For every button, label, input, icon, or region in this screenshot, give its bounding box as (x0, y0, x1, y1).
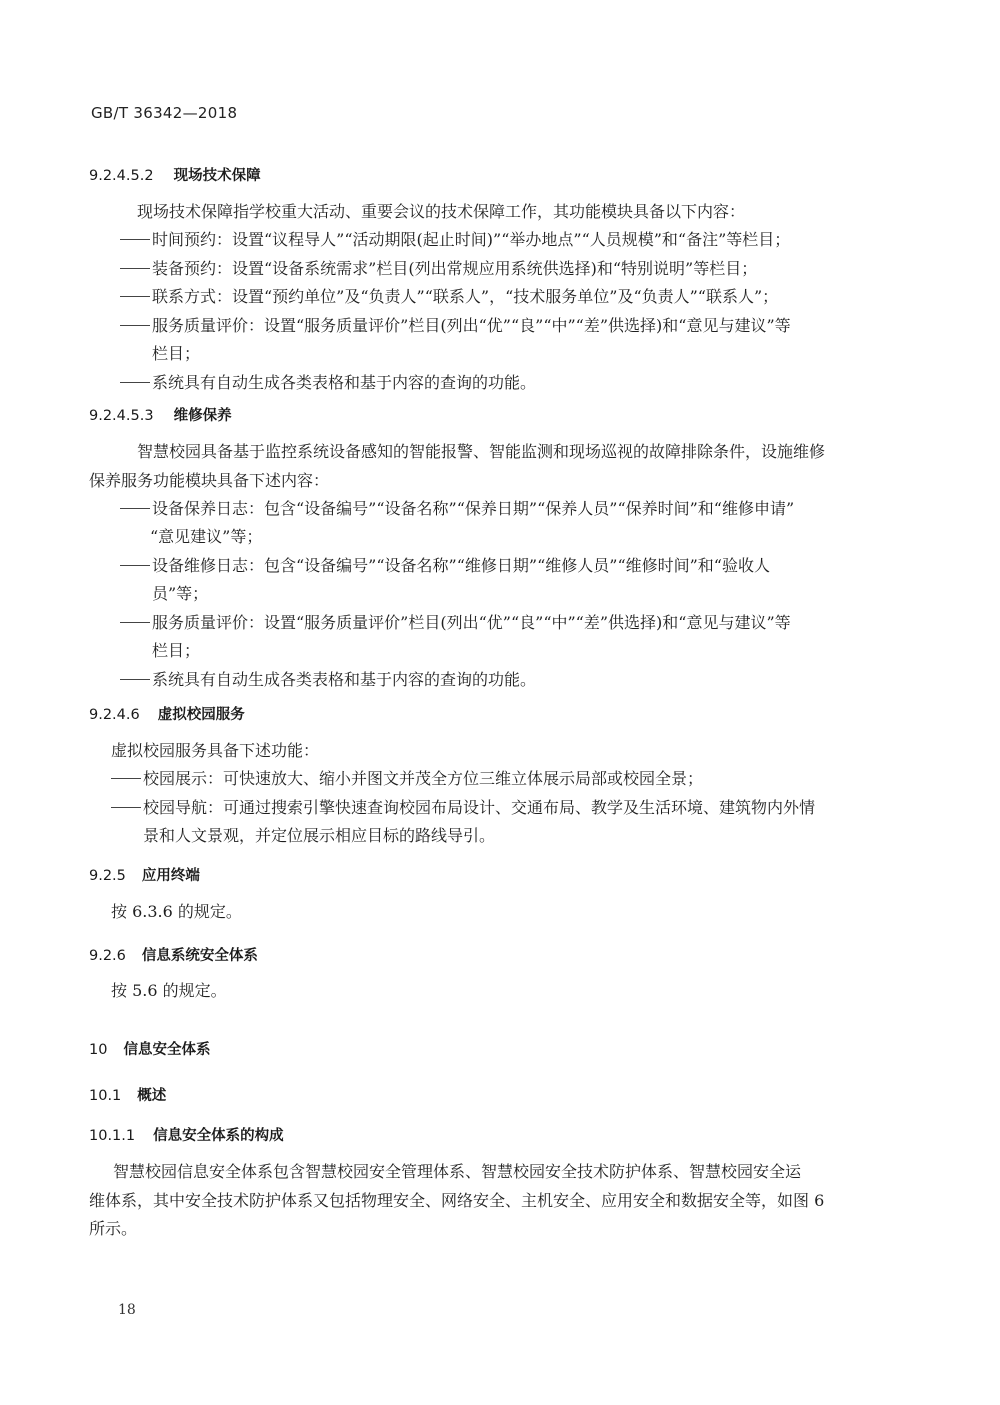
section-heading-9-2-4-6: 9.2.4.6虚拟校园服务 (89, 703, 245, 724)
paragraph-intro: 虚拟校园服务具备下述功能： (111, 737, 319, 766)
list-item-text: 联系方式：设置“预约单位”及“负责人”“联系人”，“技术服务单位”及“负责人”“… (152, 287, 778, 306)
list-item: 服务质量评价：设置“服务质量评价”栏目(列出“优”“良”“中”“差”供选择)和“… (120, 312, 791, 341)
list-item: 时间预约：设置“议程导人”“活动期限(起止时间)”“举办地点”“人员规模”和“备… (120, 226, 790, 255)
section-heading-9-2-5: 9.2.5应用终端 (89, 864, 200, 885)
section-title: 现场技术保障 (174, 168, 261, 184)
section-number: 9.2.5 (89, 868, 126, 884)
list-item-text: 装备预约：设置“设备系统需求”栏目(列出常规应用系统供选择)和“特别说明”等栏目… (152, 259, 757, 278)
section-number: 9.2.4.5.2 (89, 168, 154, 184)
paragraph-intro-continuation: 保养服务功能模块具备下述内容： (89, 467, 329, 496)
dash-marker (120, 325, 150, 326)
list-item: 设备维修日志：包含“设备编号”“设备名称”“维修日期”“维修人员”“维修时间”和… (120, 552, 770, 581)
list-item: 联系方式：设置“预约单位”及“负责人”“联系人”，“技术服务单位”及“负责人”“… (120, 283, 778, 312)
list-item-text: 系统具有自动生成各类表格和基于内容的查询的功能。 (152, 670, 536, 689)
paragraph-intro: 智慧校园具备基于监控系统设备感知的智能报警、智能监测和现场巡视的故障排除条件，设… (137, 438, 825, 467)
paragraph-body: 按 6.3.6 的规定。 (111, 898, 242, 927)
list-item-text: 校园展示：可快速放大、缩小并图文并茂全方位三维立体展示局部或校园全景； (143, 769, 703, 788)
section-number: 9.2.4.6 (89, 707, 140, 723)
list-item: 校园导航：可通过搜索引擎快速查询校园布局设计、交通布局、教学及生活环境、建筑物内… (111, 794, 815, 823)
section-title: 应用终端 (142, 868, 200, 884)
dash-marker (120, 622, 150, 623)
dash-marker (120, 565, 150, 566)
list-item: 系统具有自动生成各类表格和基于内容的查询的功能。 (120, 666, 536, 695)
list-item-text: 服务质量评价：设置“服务质量评价”栏目(列出“优”“良”“中”“差”供选择)和“… (152, 613, 791, 632)
list-item: 服务质量评价：设置“服务质量评价”栏目(列出“优”“良”“中”“差”供选择)和“… (120, 609, 791, 638)
section-title: 概述 (137, 1088, 166, 1104)
list-item-continuation: 栏目； (152, 637, 200, 666)
dash-marker (120, 679, 150, 680)
section-title: 信息安全体系的构成 (153, 1128, 284, 1144)
standard-code-header: GB/T 36342—2018 (91, 104, 237, 122)
dash-marker (120, 268, 150, 269)
list-item-text: 校园导航：可通过搜索引擎快速查询校园布局设计、交通布局、教学及生活环境、建筑物内… (143, 798, 815, 817)
list-item-continuation: 员”等； (152, 580, 208, 609)
paragraph-body-continuation: 所示。 (89, 1215, 137, 1244)
dash-marker (120, 508, 150, 509)
section-number: 10 (89, 1042, 107, 1058)
section-heading-10-1-1: 10.1.1信息安全体系的构成 (89, 1124, 284, 1145)
section-number: 10.1 (89, 1088, 121, 1104)
page-number: 18 (118, 1302, 136, 1318)
section-number: 9.2.6 (89, 948, 126, 964)
section-title: 信息安全体系 (123, 1042, 210, 1058)
dash-marker (120, 382, 150, 383)
list-item-text: 时间预约：设置“议程导人”“活动期限(起止时间)”“举办地点”“人员规模”和“备… (152, 230, 790, 249)
list-item-continuation: 景和人文景观，并定位展示相应目标的路线导引。 (143, 822, 495, 851)
list-item: 设备保养日志：包含“设备编号”“设备名称”“保养日期”“保养人员”“保养时间”和… (120, 495, 794, 524)
paragraph-body-continuation: 维体系，其中安全技术防护体系又包括物理安全、网络安全、主机安全、应用安全和数据安… (89, 1187, 824, 1216)
list-item: 校园展示：可快速放大、缩小并图文并茂全方位三维立体展示局部或校园全景； (111, 765, 703, 794)
list-item: 装备预约：设置“设备系统需求”栏目(列出常规应用系统供选择)和“特别说明”等栏目… (120, 255, 757, 284)
paragraph-intro: 现场技术保障指学校重大活动、重要会议的技术保障工作，其功能模块具备以下内容： (137, 198, 745, 227)
chapter-heading-10: 10信息安全体系 (89, 1038, 210, 1059)
dash-marker (111, 778, 141, 779)
list-item-text: 设备维修日志：包含“设备编号”“设备名称”“维修日期”“维修人员”“维修时间”和… (152, 556, 770, 575)
dash-marker (111, 807, 141, 808)
list-item-continuation: 栏目； (152, 340, 200, 369)
section-heading-9-2-6: 9.2.6信息系统安全体系 (89, 944, 258, 965)
section-title: 维修保养 (174, 408, 232, 424)
paragraph-body: 按 5.6 的规定。 (111, 977, 227, 1006)
paragraph-body: 智慧校园信息安全体系包含智慧校园安全管理体系、智慧校园安全技术防护体系、智慧校园… (113, 1158, 801, 1187)
dash-marker (120, 296, 150, 297)
list-item: 系统具有自动生成各类表格和基于内容的查询的功能。 (120, 369, 536, 398)
dash-marker (120, 239, 150, 240)
section-number: 10.1.1 (89, 1128, 135, 1144)
section-heading-10-1: 10.1概述 (89, 1084, 166, 1105)
section-title: 虚拟校园服务 (158, 707, 245, 723)
list-item-text: 服务质量评价：设置“服务质量评价”栏目(列出“优”“良”“中”“差”供选择)和“… (152, 316, 791, 335)
list-item-text: 系统具有自动生成各类表格和基于内容的查询的功能。 (152, 373, 536, 392)
section-heading-9-2-4-5-3: 9.2.4.5.3维修保养 (89, 404, 232, 425)
section-number: 9.2.4.5.3 (89, 408, 154, 424)
section-heading-9-2-4-5-2: 9.2.4.5.2现场技术保障 (89, 164, 261, 185)
list-item-text: 设备保养日志：包含“设备编号”“设备名称”“保养日期”“保养人员”“保养时间”和… (152, 499, 794, 518)
list-item-continuation: “意见建议”等； (150, 523, 262, 552)
section-title: 信息系统安全体系 (142, 948, 258, 964)
